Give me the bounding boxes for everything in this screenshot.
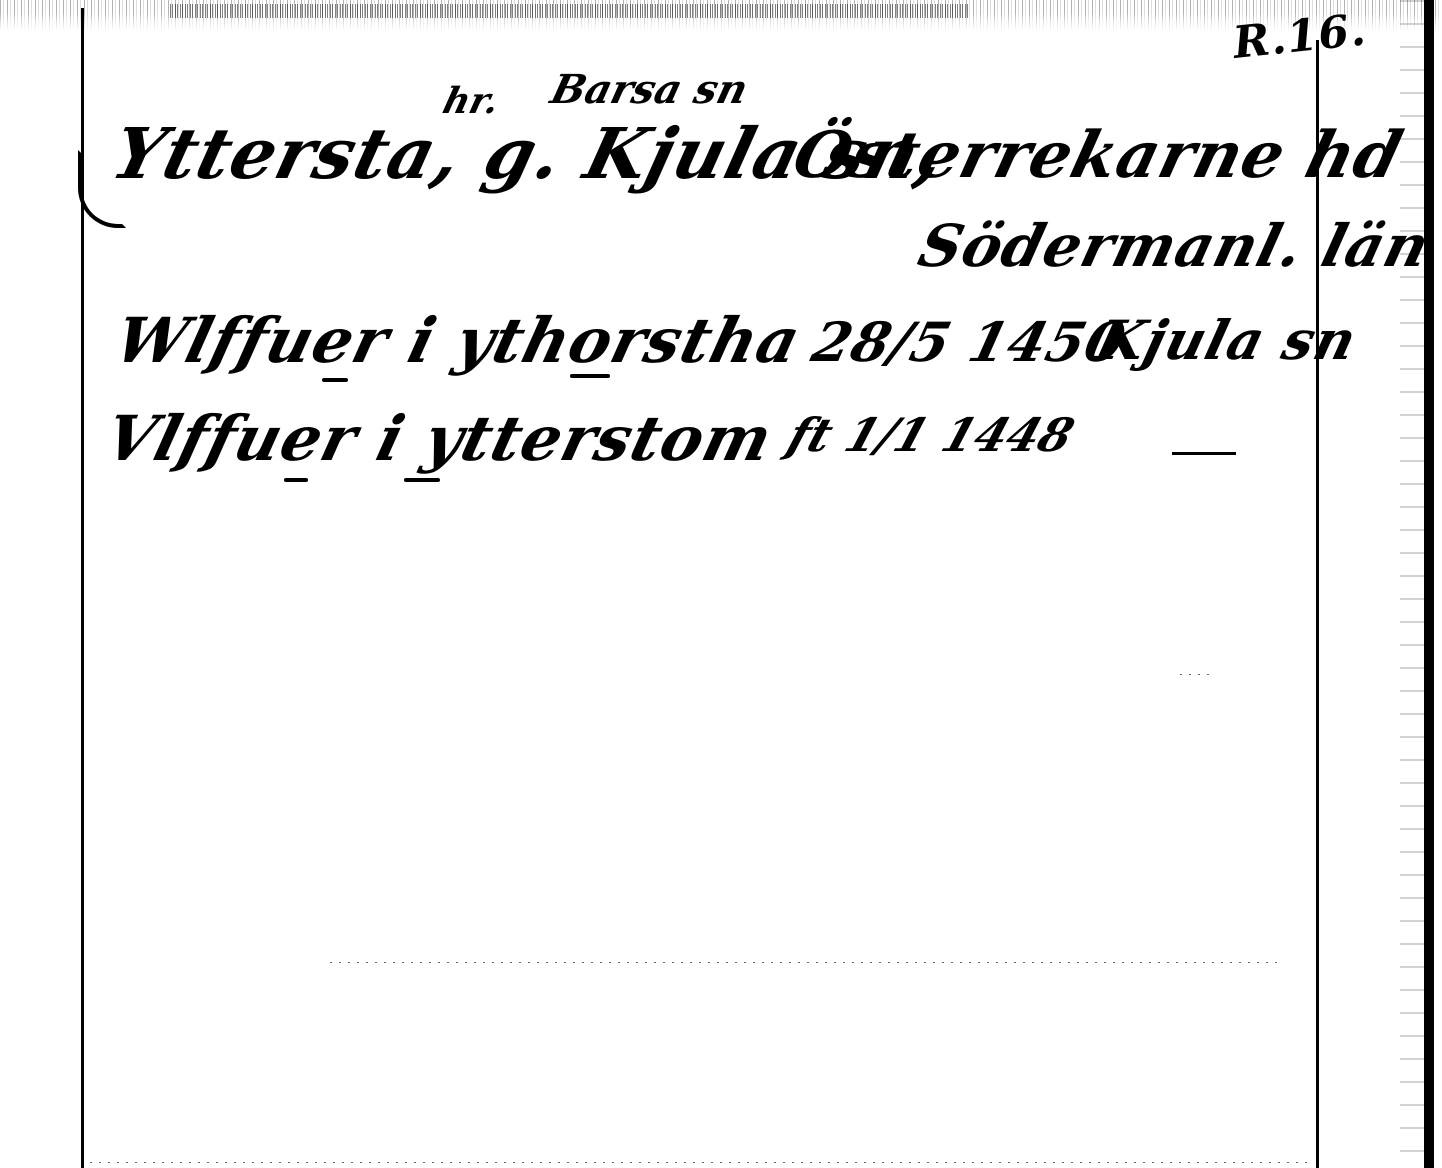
- entry-1-date: 28/5 1450: [806, 310, 1133, 374]
- entry-2-text: Vlffuer i ytterstom: [98, 402, 780, 475]
- scan-noise-right: [1400, 0, 1424, 1168]
- entry-2-date: ft 1/1 1448: [781, 408, 1080, 462]
- entry-2-underline-a: [284, 478, 308, 482]
- right-margin-rule: [1316, 40, 1319, 1168]
- card-right-edge: [1424, 0, 1434, 1168]
- heading-district: Österrekarne hd: [786, 118, 1410, 193]
- scan-dots-bottom: [90, 1162, 1310, 1163]
- index-card: R.16. Yttersta, g. Kjula sn, hr. Barsa s…: [0, 0, 1442, 1168]
- heading-superscript-parish: Barsa sn: [546, 66, 752, 113]
- region-name: Södermanl. län: [912, 212, 1437, 280]
- scan-noise-band: [170, 4, 970, 18]
- entry-2-underline-b: [404, 478, 440, 482]
- entry-1-text: Wlffuer i ythorstha: [108, 304, 808, 377]
- entry-1-underline-b: [570, 374, 610, 378]
- entry-1-parish: Kjula sn: [1090, 308, 1364, 372]
- scan-dots: [1180, 674, 1210, 675]
- entry-2-dash: [1172, 452, 1236, 455]
- scan-dots: [330, 962, 1280, 963]
- heading-superscript-hr: hr.: [439, 80, 504, 122]
- entry-1-underline-a: [322, 378, 348, 382]
